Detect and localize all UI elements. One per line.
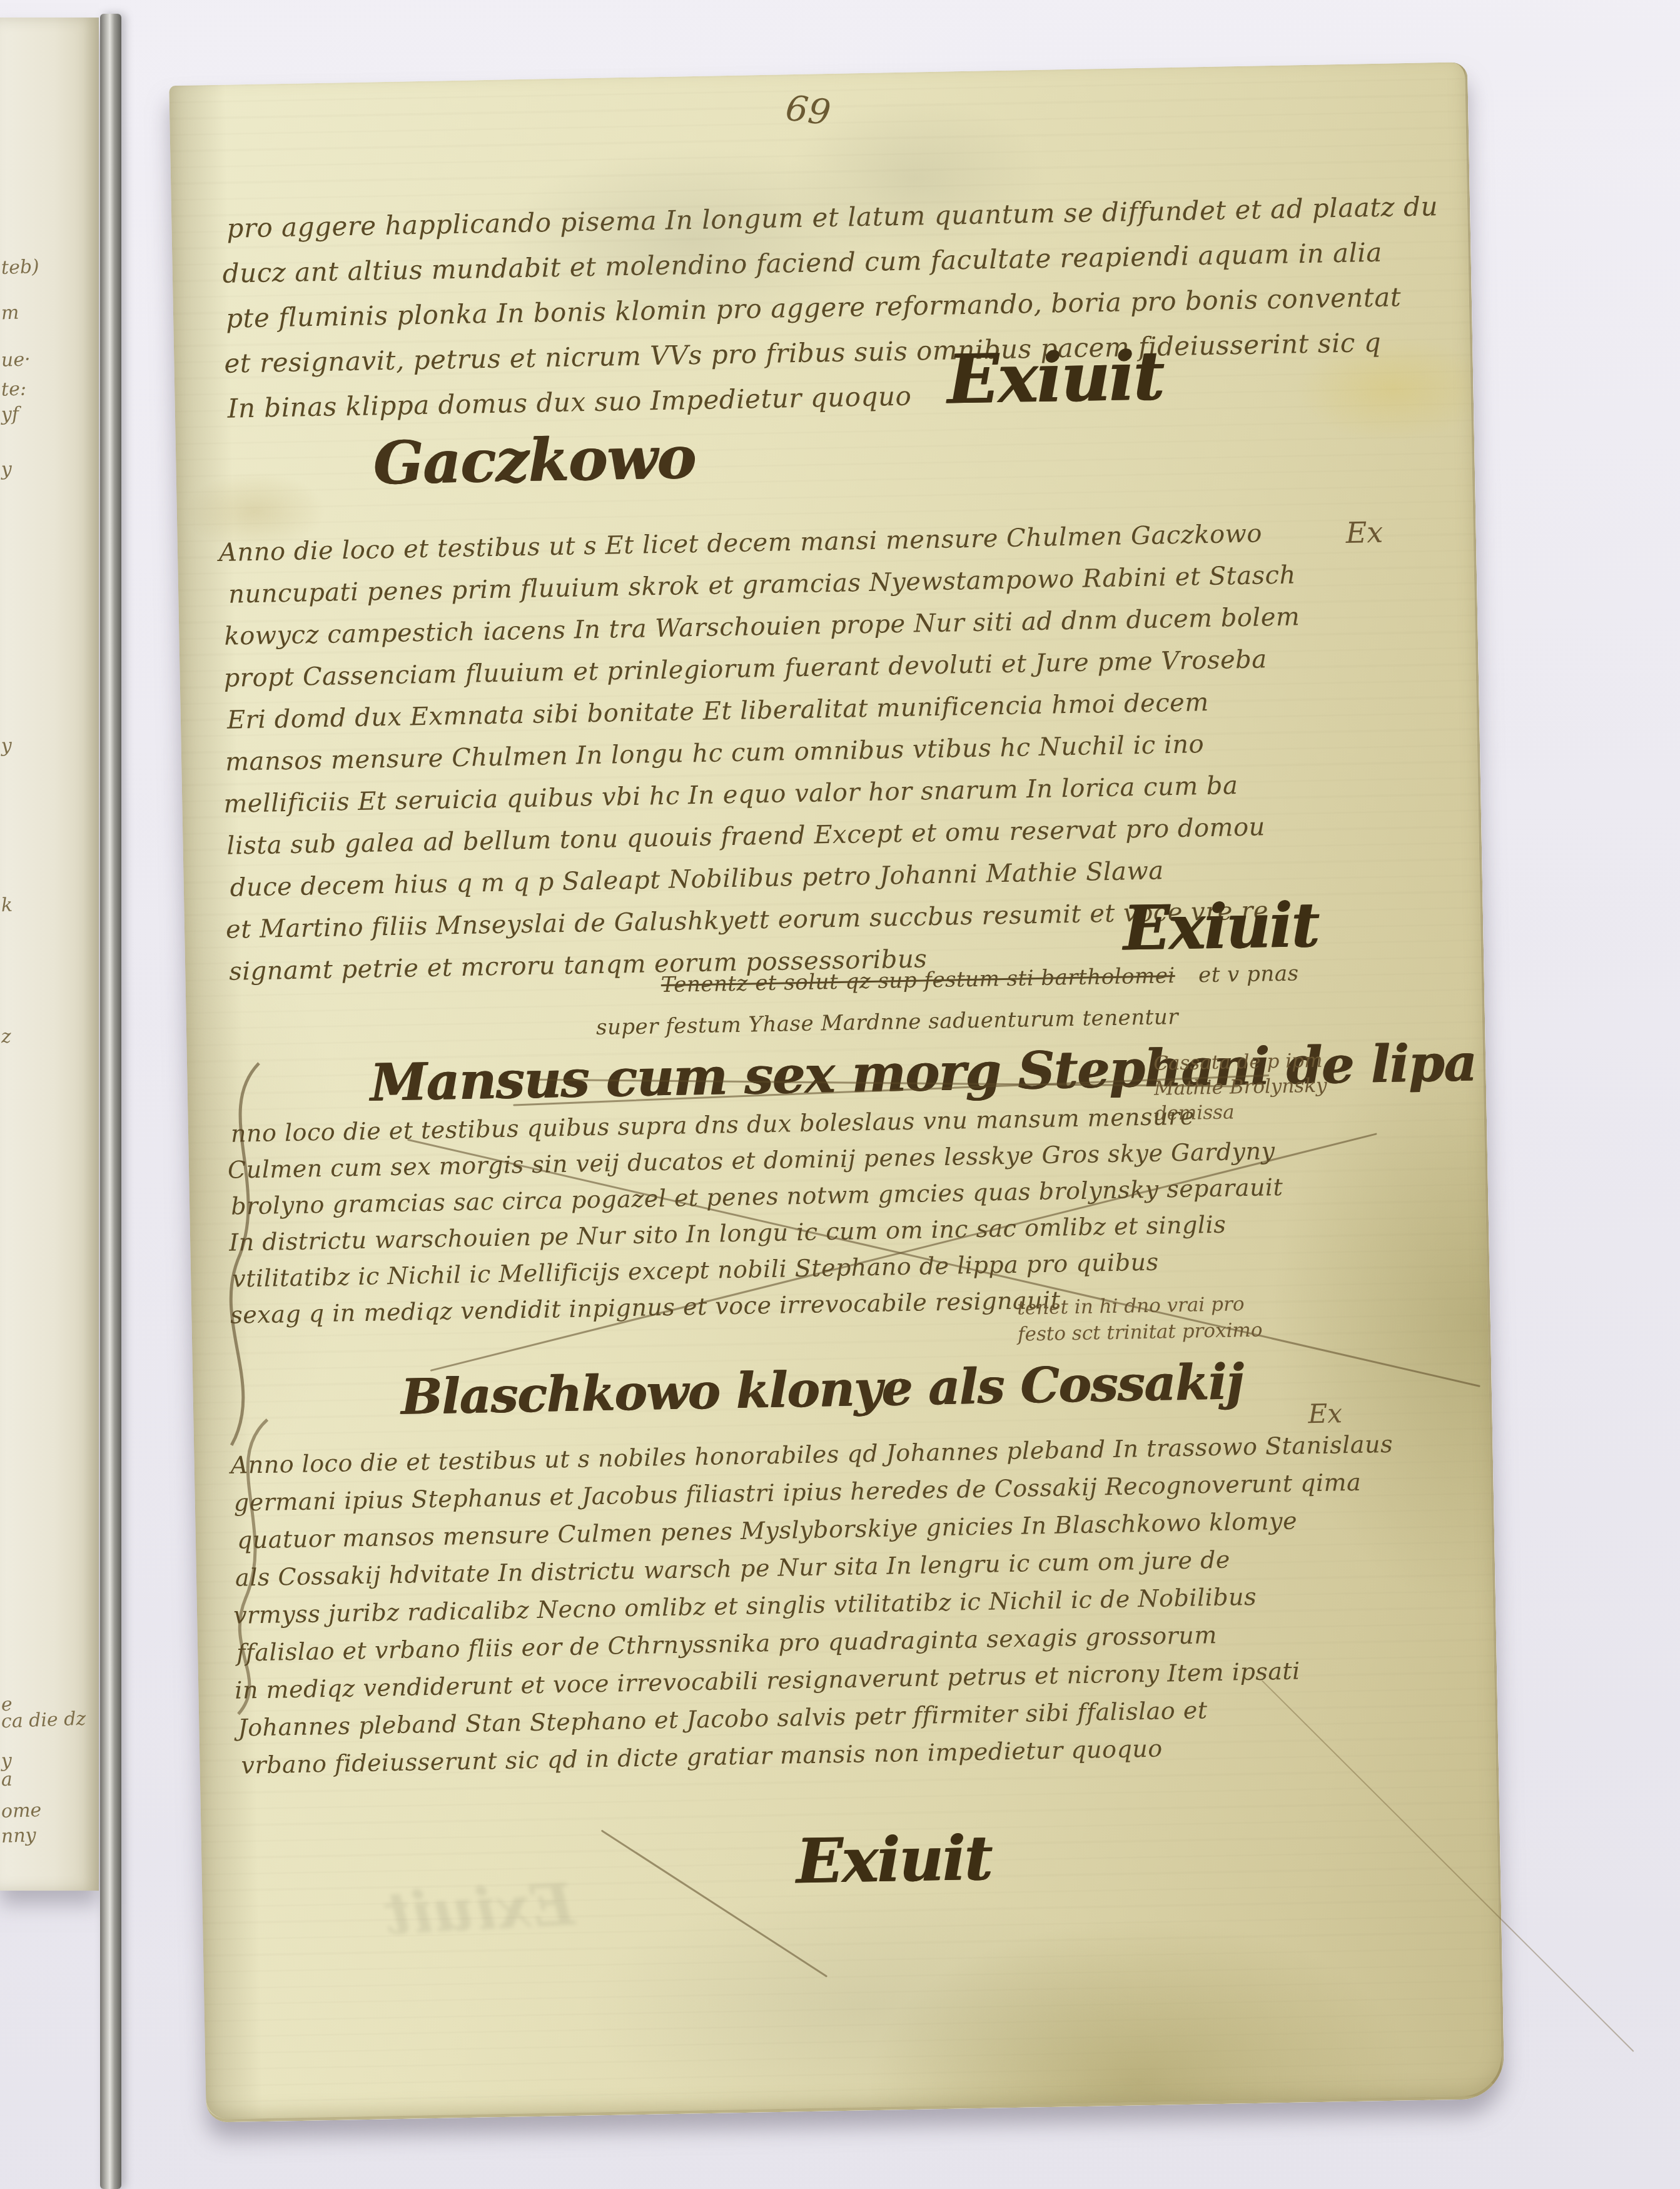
manuscript-line: duce decem hius q m q p Saleapt Nobilibu…	[230, 856, 1164, 902]
manuscript-line: Eri domd dux Exmnata sibi bonitate Et li…	[227, 688, 1210, 735]
manuscript-line: vrmyss juribz radicalibz Necno omlibz et…	[233, 1583, 1257, 1629]
margin-fragment: z	[1, 1026, 11, 1048]
margin-fragment: m	[1, 302, 19, 325]
manuscript-line: lista sub galea ad bellum tonu quouis fr…	[226, 812, 1265, 860]
margin-fragment: teb)	[1, 256, 39, 279]
manuscript-line: In binas klippa domus dux suo Impedietur…	[227, 381, 911, 424]
manuscript-line: vtilitatibz ic Nichil ic Mellificijs exc…	[232, 1248, 1159, 1293]
margin-fragment: ome	[1, 1799, 41, 1822]
margin-ex-mark-1: Ex	[1345, 515, 1384, 550]
margin-fragment: ue·	[1, 348, 31, 372]
margin-fragment: ca die dz	[1, 1708, 86, 1733]
folio-number: 69	[784, 88, 834, 133]
entry-paragraph-3: nno loco die et testibus quibus supra dn…	[169, 62, 1465, 86]
manuscript-line: mellificiis Et seruicia quibus vbi hc In…	[223, 771, 1238, 819]
margin-fragment: y	[1, 458, 12, 481]
entry-paragraph-1: pro aggere happlicando pisema In longum …	[169, 62, 1465, 86]
pen-stroke	[1262, 1680, 1634, 2052]
manuscript-line: pro aggere happlicando pisema In longum …	[226, 191, 1438, 243]
margin-fragment: y	[1, 735, 12, 757]
margin-flourish	[211, 1416, 285, 1717]
margin-flourish	[200, 1059, 281, 1448]
facing-page-edge: teb) m ue· te: yf y y k z e ca die dz y …	[0, 18, 99, 1891]
heading-blaschkowo: Blaschkowo klonye als Cossakij	[400, 1353, 1243, 1426]
entry-paragraph-4: Anno loco die et testibus ut s nobiles h…	[169, 62, 1465, 86]
exiuit-mark-2: Exiuit	[1122, 889, 1318, 965]
book-weight-rod	[100, 14, 121, 2189]
manuscript-line: kowycz campestich iacens In tra Warschou…	[224, 602, 1300, 651]
margin-fragment: te:	[1, 378, 26, 400]
manuscript-page: 69 pro aggere happlicando pisema In long…	[169, 62, 1504, 2122]
manuscript-line: ducz ant altius mundabit et molendino fa…	[222, 237, 1382, 289]
margin-fragment: nny	[1, 1824, 36, 1848]
exiuit-mark-3: Exiuit	[795, 1822, 991, 1898]
margin-ex-mark-2: Ex	[1308, 1398, 1342, 1429]
heading-gaczkowo: Gaczkowo	[372, 423, 696, 498]
manuscript-line: Johannes pleband Stan Stephano et Jacobo…	[238, 1696, 1208, 1741]
manuscript-line: vrbano fideiusserunt sic qd in dicte gra…	[241, 1735, 1163, 1779]
margin-fragment: a	[1, 1769, 13, 1791]
manuscript-line: et resignavit, petrus et nicrum VVs pro …	[224, 327, 1381, 379]
manuscript-line: pte fluminis plonka In bonis klomin pro …	[226, 281, 1402, 333]
pen-stroke	[601, 1829, 827, 1977]
showthrough-text: Exiuit	[382, 1871, 576, 1948]
manuscript-line: ffalislao et vrbano fliis eor de Cthrnys…	[236, 1621, 1217, 1667]
note-tenet: tenet in hi dno vrai pro festo sct trini…	[1017, 1291, 1263, 1348]
margin-fragment: k	[1, 894, 13, 917]
margin-note-line: festo sct trinitat proximo	[1018, 1317, 1263, 1348]
manuscript-line: et Martino filiis Mnseyslai de Galushkye…	[226, 896, 1269, 944]
note-suffix: et v pnas	[1198, 961, 1299, 988]
margin-note-line: Cassata de p ipm	[1153, 1048, 1327, 1076]
margin-note-line: Mathie Brolynsky	[1154, 1073, 1327, 1101]
entry-paragraph-2: Anno die loco et testibus ut s Et licet …	[169, 62, 1465, 86]
manuscript-line: mansos mensure Chulmen In longu hc cum o…	[225, 730, 1205, 777]
note-super-festum: super festum Yhase Mardnne saduenturum t…	[596, 1004, 1179, 1040]
manuscript-line: nuncupati penes prim fluuium skrok et gr…	[228, 560, 1296, 609]
exiuit-mark-1: Exiuit	[946, 336, 1163, 419]
margin-fragment: yf	[1, 403, 19, 426]
manuscript-line: Anno die loco et testibus ut s Et licet …	[219, 519, 1263, 567]
manuscript-line: propt Cassenciam fluuium et prinlegiorum…	[223, 645, 1267, 693]
manuscript-line: sexag q in mediqz vendidit inpignus et v…	[230, 1287, 1061, 1329]
showthrough-smudge	[577, 1882, 1145, 2130]
margin-note-line: tenet in hi dno vrai pro	[1017, 1291, 1262, 1322]
manuscript-photo: teb) m ue· te: yf y y k z e ca die dz y …	[0, 0, 1680, 2189]
manuscript-line: als Cossakij hdvitate In districtu warsc…	[235, 1546, 1231, 1592]
